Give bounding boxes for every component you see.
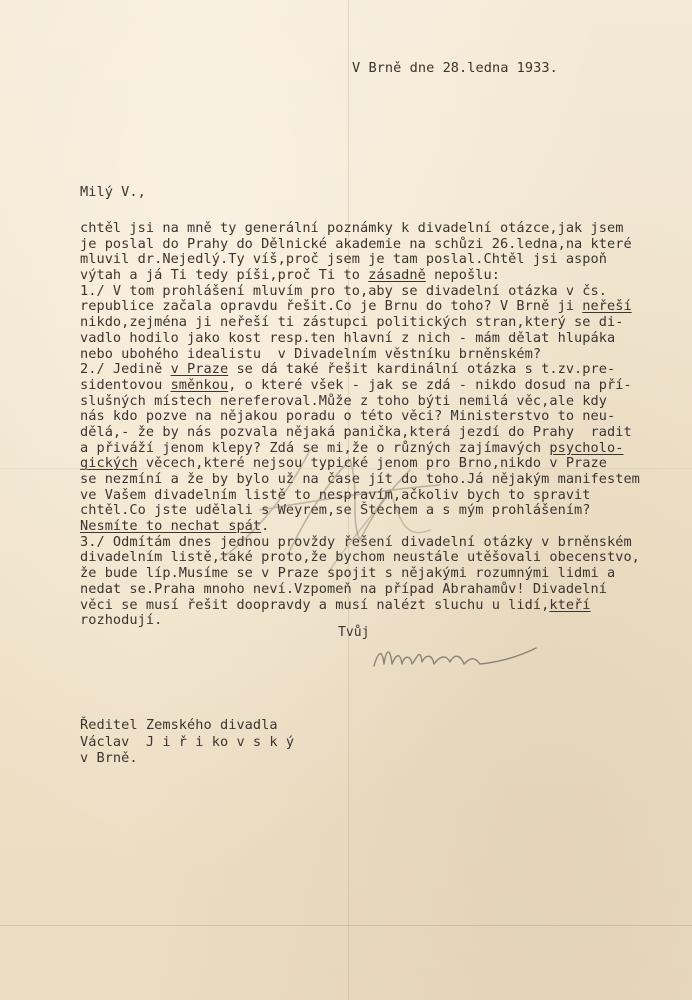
body-text: nikdo,zejména ji neřeší ti zástupci poli… <box>80 314 623 330</box>
body-line: výtah a já Ti tedy píši,proč Ti to zásad… <box>80 268 640 284</box>
underlined-text: gických <box>80 455 138 471</box>
body-text: 2./ Jedině <box>80 361 171 377</box>
addressee-line: v Brně. <box>80 751 294 768</box>
body-line: nedat se.Praha mnoho neví.Vzpomeň na pří… <box>80 582 640 598</box>
body-text: vadlo hodilo jako kost resp.ten hlavní z… <box>80 330 615 346</box>
letter-page: V Brně dne 28.ledna 1933. Milý V., chtěl… <box>0 0 692 1000</box>
body-line: je poslal do Prahy do Dělnické akademie … <box>80 237 640 253</box>
date-line: V Brně dne 28.ledna 1933. <box>352 61 558 77</box>
handwritten-signature <box>370 640 540 680</box>
underlined-text: neřeší <box>582 298 631 314</box>
body-text: rozhodují. <box>80 612 162 628</box>
body-line: nebo ubohého idealistu v Divadelním věst… <box>80 347 640 363</box>
underlined-text: směnkou <box>171 377 229 393</box>
body-text: sidentovou <box>80 377 171 393</box>
underlined-text: v Praze <box>171 361 229 377</box>
salutation: Milý V., <box>80 185 146 201</box>
body-text: , o které všek - jak se zdá - nikdo dosu… <box>228 377 631 393</box>
body-line: 1./ V tom prohlášení mluvím pro to,aby s… <box>80 284 640 300</box>
body-line: sidentovou směnkou, o které všek - jak s… <box>80 378 640 394</box>
addressee-line: Ředitel Zemského divadla <box>80 718 294 735</box>
body-line: slušných místech nereferoval.Může z toho… <box>80 394 640 410</box>
body-text: věci se musí řešit doopravdy a musí nalé… <box>80 597 549 613</box>
body-text: mluvil dr.Nejedlý.Ty víš,proč jsem je ta… <box>80 251 607 267</box>
addressee-line: Václav J i ř i ko v s k ý <box>80 735 294 752</box>
body-text: je poslal do Prahy do Dělnické akademie … <box>80 236 632 252</box>
addressee-block: Ředitel Zemského divadlaVáclav J i ř i k… <box>80 718 294 768</box>
body-line: republice začala opravdu řešit.Co je Brn… <box>80 299 640 315</box>
body-line: vadlo hodilo jako kost resp.ten hlavní z… <box>80 331 640 347</box>
body-text: republice začala opravdu řešit.Co je Brn… <box>80 298 582 314</box>
body-text: 1./ V tom prohlášení mluvím pro to,aby s… <box>80 283 607 299</box>
paper-fold-horizontal <box>0 925 692 926</box>
underlined-text: zásadně <box>368 267 426 283</box>
body-line: mluvil dr.Nejedlý.Ty víš,proč jsem je ta… <box>80 252 640 268</box>
body-text: nás kdo pozve na nějakou poradu o této v… <box>80 408 615 424</box>
body-text: chtěl jsi na mně ty generální poznámky k… <box>80 220 623 236</box>
body-text: výtah a já Ti tedy píši,proč Ti to <box>80 267 368 283</box>
body-text: nedat se.Praha mnoho neví.Vzpomeň na pří… <box>80 581 607 597</box>
body-line: věci se musí řešit doopravdy a musí nalé… <box>80 598 640 614</box>
body-text: nebo ubohého idealistu v Divadelním věst… <box>80 346 541 362</box>
closing: Tvůj <box>338 625 370 641</box>
body-text: slušných místech nereferoval.Může z toho… <box>80 393 607 409</box>
underlined-text: psycholo- <box>549 440 623 456</box>
body-line: chtěl jsi na mně ty generální poznámky k… <box>80 221 640 237</box>
body-text: se dá také řešit kardinální otázka s t.z… <box>228 361 615 377</box>
pencil-scrawl <box>200 430 460 580</box>
body-text: nepošlu: <box>426 267 500 283</box>
underlined-text: kteří <box>549 597 590 613</box>
body-line: 2./ Jedině v Praze se dá také řešit kard… <box>80 362 640 378</box>
body-line: nás kdo pozve na nějakou poradu o této v… <box>80 409 640 425</box>
body-line: nikdo,zejména ji neřeší ti zástupci poli… <box>80 315 640 331</box>
